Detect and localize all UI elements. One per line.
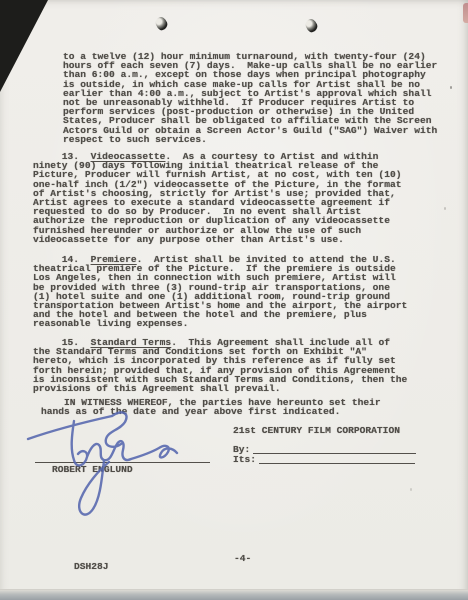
clause14-body: . Artist shall be invited to attend the … (33, 254, 407, 329)
paragraph-clause14-premiere: 14. Premiere. Artist shall be invited to… (33, 255, 407, 329)
scanned-contract-page: to a twelve (12) hour minimum turnaround… (0, 0, 468, 600)
producer-company-name: 21st CENTURY FILM CORPORATION (233, 426, 400, 435)
its-blank-line (259, 454, 415, 464)
brad-fastener-icon (154, 15, 169, 31)
paragraph-clause13-videocassette: 13. Videocassette. As a courtesy to Arti… (33, 152, 401, 244)
clause13-body: . As a courtesy to Artist and within nin… (33, 151, 401, 245)
page-edge-mark (463, 3, 468, 23)
paragraph-clause12-continuation: to a twelve (12) hour minimum turnaround… (63, 52, 437, 144)
brad-fastener-icon (304, 17, 319, 33)
its-label: Its: (233, 455, 256, 464)
document-code: DSH28J (74, 562, 109, 571)
by-label: By: (233, 445, 250, 454)
scan-speck (450, 86, 452, 89)
signature-stroke (28, 412, 177, 514)
clause15-body: . This Agreement shall include all of th… (33, 337, 407, 394)
paragraph-clause15-standard-terms: 15. Standard Terms. This Agreement shall… (33, 338, 407, 393)
its-signature-row: Its: (233, 454, 415, 464)
page-number: -4- (234, 554, 251, 563)
by-blank-line (253, 444, 416, 454)
corner-fold-shadow (0, 0, 60, 100)
artist-signature-ink (24, 408, 194, 526)
by-signature-row: By: (233, 444, 416, 454)
scan-bottom-edge (0, 589, 468, 600)
